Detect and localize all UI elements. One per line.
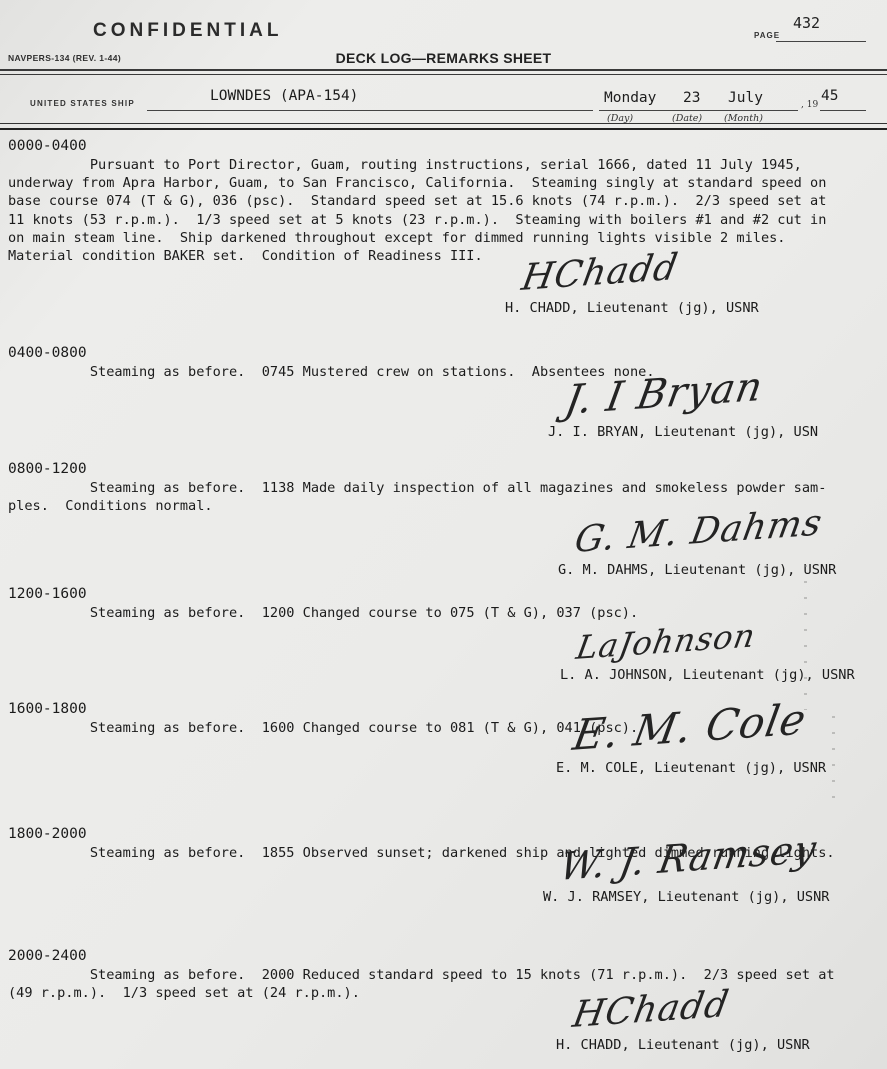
date-month-value: July — [728, 90, 763, 106]
signature-block: HChadd H. CHADD, Lieutenant (jg), USNR — [505, 261, 881, 316]
entry-time-range: 0800-1200 — [8, 461, 881, 477]
ship-name-rule — [147, 110, 593, 111]
page-label: PAGE — [754, 31, 780, 40]
scan-artifact-dots — [832, 716, 835, 811]
log-entry-0800-1200: 0800-1200 Steaming as before. 1138 Made … — [8, 461, 881, 578]
classification-stamp: CONFIDENTIAL — [93, 20, 282, 42]
year-value: 45 — [821, 88, 838, 104]
entry-time-range: 1200-1600 — [8, 586, 881, 602]
log-entry-1800-2000: 1800-2000 Steaming as before. 1855 Obser… — [8, 826, 881, 905]
date-rule — [599, 110, 798, 111]
header-heavy-rule — [0, 123, 887, 130]
officer-name: H. CHADD, Lieutenant (jg), USNR — [556, 1037, 881, 1053]
entry-time-range: 2000-2400 — [8, 948, 881, 964]
officer-name: H. CHADD, Lieutenant (jg), USNR — [505, 300, 881, 316]
log-entry-2000-2400: 2000-2400 Steaming as before. 2000 Reduc… — [8, 948, 881, 1053]
log-entry-1600-1800: 1600-1800 Steaming as before. 1600 Chang… — [8, 701, 881, 776]
ship-label: UNITED STATES SHIP — [30, 99, 135, 108]
log-entry-0400-0800: 0400-0800 Steaming as before. 0745 Muste… — [8, 345, 881, 440]
form-title: DECK LOG—REMARKS SHEET — [0, 50, 887, 66]
year-prefix: , 19 — [801, 100, 818, 110]
entry-time-range: 0000-0400 — [8, 138, 881, 154]
page-number: 432 — [793, 14, 820, 32]
page-number-rule — [776, 41, 866, 42]
ship-name: LOWNDES (APA-154) — [210, 88, 358, 104]
date-day-value: Monday — [604, 90, 656, 106]
signature-block: W. J. Ramsey W. J. RAMSEY, Lieutenant (j… — [543, 848, 881, 905]
officer-name: L. A. JOHNSON, Lieutenant (jg), USNR — [560, 667, 881, 683]
header-double-rule — [0, 69, 887, 75]
entry-time-range: 0400-0800 — [8, 345, 881, 361]
signature-block: LaJohnson L. A. JOHNSON, Lieutenant (jg)… — [560, 632, 881, 683]
year-rule — [820, 110, 866, 111]
date-date-value: 23 — [683, 90, 700, 106]
log-entry-1200-1600: 1200-1600 Steaming as before. 1200 Chang… — [8, 586, 881, 683]
scan-artifact-dots — [804, 565, 807, 710]
signature-block: HChadd H. CHADD, Lieutenant (jg), USNR — [556, 998, 881, 1053]
signature-block: J. I Bryan J. I. BRYAN, Lieutenant (jg),… — [548, 381, 881, 440]
officer-name: G. M. DAHMS, Lieutenant (jg), USNR — [558, 562, 881, 578]
deck-log-page: CONFIDENTIAL 432 PAGE NAVPERS-134 (REV. … — [0, 0, 887, 1069]
officer-name: J. I. BRYAN, Lieutenant (jg), USN — [548, 424, 881, 440]
signature-block: G. M. Dahms G. M. DAHMS, Lieutenant (jg)… — [558, 523, 881, 578]
log-entry-0000-0400: 0000-0400 Pursuant to Port Director, Gua… — [8, 138, 881, 316]
officer-name: W. J. RAMSEY, Lieutenant (jg), USNR — [543, 889, 881, 905]
